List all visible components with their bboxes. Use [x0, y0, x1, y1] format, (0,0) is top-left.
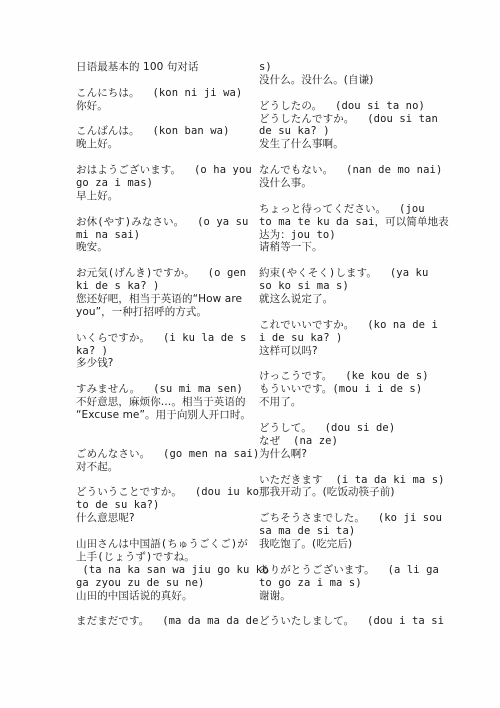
translation-line: 没什么事。 [259, 177, 439, 190]
document-title: 日语最基本的 100 句对话 [76, 61, 251, 74]
phrase-line: ごめんなさい。 (go men na sai) [76, 448, 251, 461]
blank-line [76, 254, 251, 267]
phrase-line: いくらですか。 (i ku la de s [76, 332, 251, 345]
phrase-line: ちょっと待ってください。 (jou [259, 203, 439, 216]
phrase-line: ごちそうさまでした。 (ko ji sou [259, 512, 439, 525]
translation-line: 发生了什么事啊。 [259, 138, 439, 151]
phrase-line: 山田さんは中国語(ちゅうごくご)が [76, 538, 251, 551]
blank-line [259, 551, 439, 564]
translation-line: 山田的中国话说的真好。 [76, 590, 251, 603]
blank-line [259, 357, 439, 370]
translation-line: 就这么说定了。 [259, 293, 439, 306]
phrase-line: なんでもない。 (nan de mo nai) [259, 164, 439, 177]
phrase-line: こんにちは。 (kon ni ji wa) [76, 87, 251, 100]
phrase-line: どういたしまして。 (dou i ta si [259, 615, 439, 628]
translation-line: 对不起。 [76, 461, 251, 474]
translation-line: 没什么。没什么。(自谦) [259, 74, 439, 87]
phrase-line: 达为：jou to) [259, 229, 439, 242]
translation-line: 谢谢。 [259, 590, 439, 603]
phrase-line: so ko si ma s) [259, 280, 439, 293]
translation-line: 为什么啊? [259, 448, 439, 461]
phrase-line: to go za i ma s) [259, 577, 439, 590]
phrase-line: s) [259, 61, 439, 74]
translation-line: 晚安。 [76, 241, 251, 254]
blank-line [76, 203, 251, 216]
blank-line [76, 113, 251, 126]
phrase-line: to de su ka?) [76, 499, 251, 512]
phrase-line: どうしたの。 (dou si ta no) [259, 100, 439, 113]
phrase-line: なぜ (na ze) [259, 435, 439, 448]
translation-line: 早上好。 [76, 190, 251, 203]
translation-line: 多少钱? [76, 357, 251, 370]
blank-line [76, 422, 251, 435]
blank-line [259, 499, 439, 512]
phrase-line: これでいいですか。 (ko na de i [259, 319, 439, 332]
translation-line: 这样可以吗? [259, 345, 439, 358]
translation-line: 那我开动了。(吃饭动筷子前) [259, 486, 439, 499]
phrase-line: どうして。 (dou si de) [259, 422, 439, 435]
blank-line [76, 602, 251, 615]
translation-line: 我吃饱了。(吃完后) [259, 538, 439, 551]
phrase-line: お休(やす)みなさい。 (o ya su [76, 216, 251, 229]
phrase-line: mi na sai) [76, 229, 251, 242]
phrase-line: けっこうです。 (ke kou de s) [259, 370, 439, 383]
translation-line: 晚上好。 [76, 138, 251, 151]
phrase-line: まだまだです。 (ma da ma da de [76, 615, 251, 628]
blank-line [76, 474, 251, 487]
blank-line [76, 74, 251, 87]
translation-line: 什么意思呢? [76, 512, 251, 525]
translation-line: you”，一种打招呼的方式。 [76, 306, 251, 319]
phrase-line: おはようございます。 (o ha you [76, 164, 251, 177]
translation-line: 你好。 [76, 100, 251, 113]
translation-line: 您还好吧，相当于英语的“How are [76, 293, 251, 306]
blank-line [259, 409, 439, 422]
phrase-line: どういうことですか。 (dou iu ko [76, 486, 251, 499]
phrase-line: i de su ka? ) [259, 332, 439, 345]
phrase-line: to ma te ku da sai，可以简单地表 [259, 216, 439, 229]
blank-line [76, 370, 251, 383]
phrase-line: ありがとうございます。 (a li ga [259, 564, 439, 577]
blank-line [76, 435, 251, 448]
blank-line [259, 151, 439, 164]
phrase-line: お元気(げんき)ですか。 (o gen [76, 267, 251, 280]
blank-line [259, 602, 439, 615]
phrase-line: どうしたんですか。 (dou si tan [259, 113, 439, 126]
blank-line [76, 319, 251, 332]
phrase-line: ki de s ka? ) [76, 280, 251, 293]
phrase-line: ga zyou zu de su ne) [76, 577, 251, 590]
document-page: 日语最基本的 100 句对话こんにちは。 (kon ni ji wa)你好。こん… [0, 0, 500, 708]
phrase-line: de su ka? ) [259, 125, 439, 138]
phrase-line: 上手(じょうず)ですね。 [76, 551, 251, 564]
blank-line [76, 525, 251, 538]
blank-line [259, 461, 439, 474]
phrase-line: こんばんは。 (kon ban wa) [76, 125, 251, 138]
phrase-line: いただきます (i ta da ki ma s) [259, 474, 439, 487]
phrase-line: すみません。 (su mi ma sen) [76, 383, 251, 396]
phrase-line: sa ma de si ta) [259, 525, 439, 538]
blank-line [259, 190, 439, 203]
blank-line [76, 151, 251, 164]
phrase-line: go za i mas) [76, 177, 251, 190]
translation-line: 不好意思，麻烦你…。相当于英语的 [76, 396, 251, 409]
phrase-line: ka? ) [76, 345, 251, 358]
phrase-line: 約束(やくそく)します。 (ya ku [259, 267, 439, 280]
phrase-line: もういいです。(mou i i de s) [259, 383, 439, 396]
translation-line: 请稍等一下。 [259, 241, 439, 254]
phrase-line: (ta na ka san wa jiu go ku ko [76, 564, 251, 577]
blank-line [259, 87, 439, 100]
left-column: 日语最基本的 100 句对话こんにちは。 (kon ni ji wa)你好。こん… [76, 61, 251, 628]
blank-line [259, 306, 439, 319]
translation-line: “Excuse me”。用于向别人开口时。 [76, 409, 251, 422]
right-column: s)没什么。没什么。(自谦)どうしたの。 (dou si ta no)どうしたん… [259, 61, 439, 628]
translation-line: 不用了。 [259, 396, 439, 409]
blank-line [259, 254, 439, 267]
